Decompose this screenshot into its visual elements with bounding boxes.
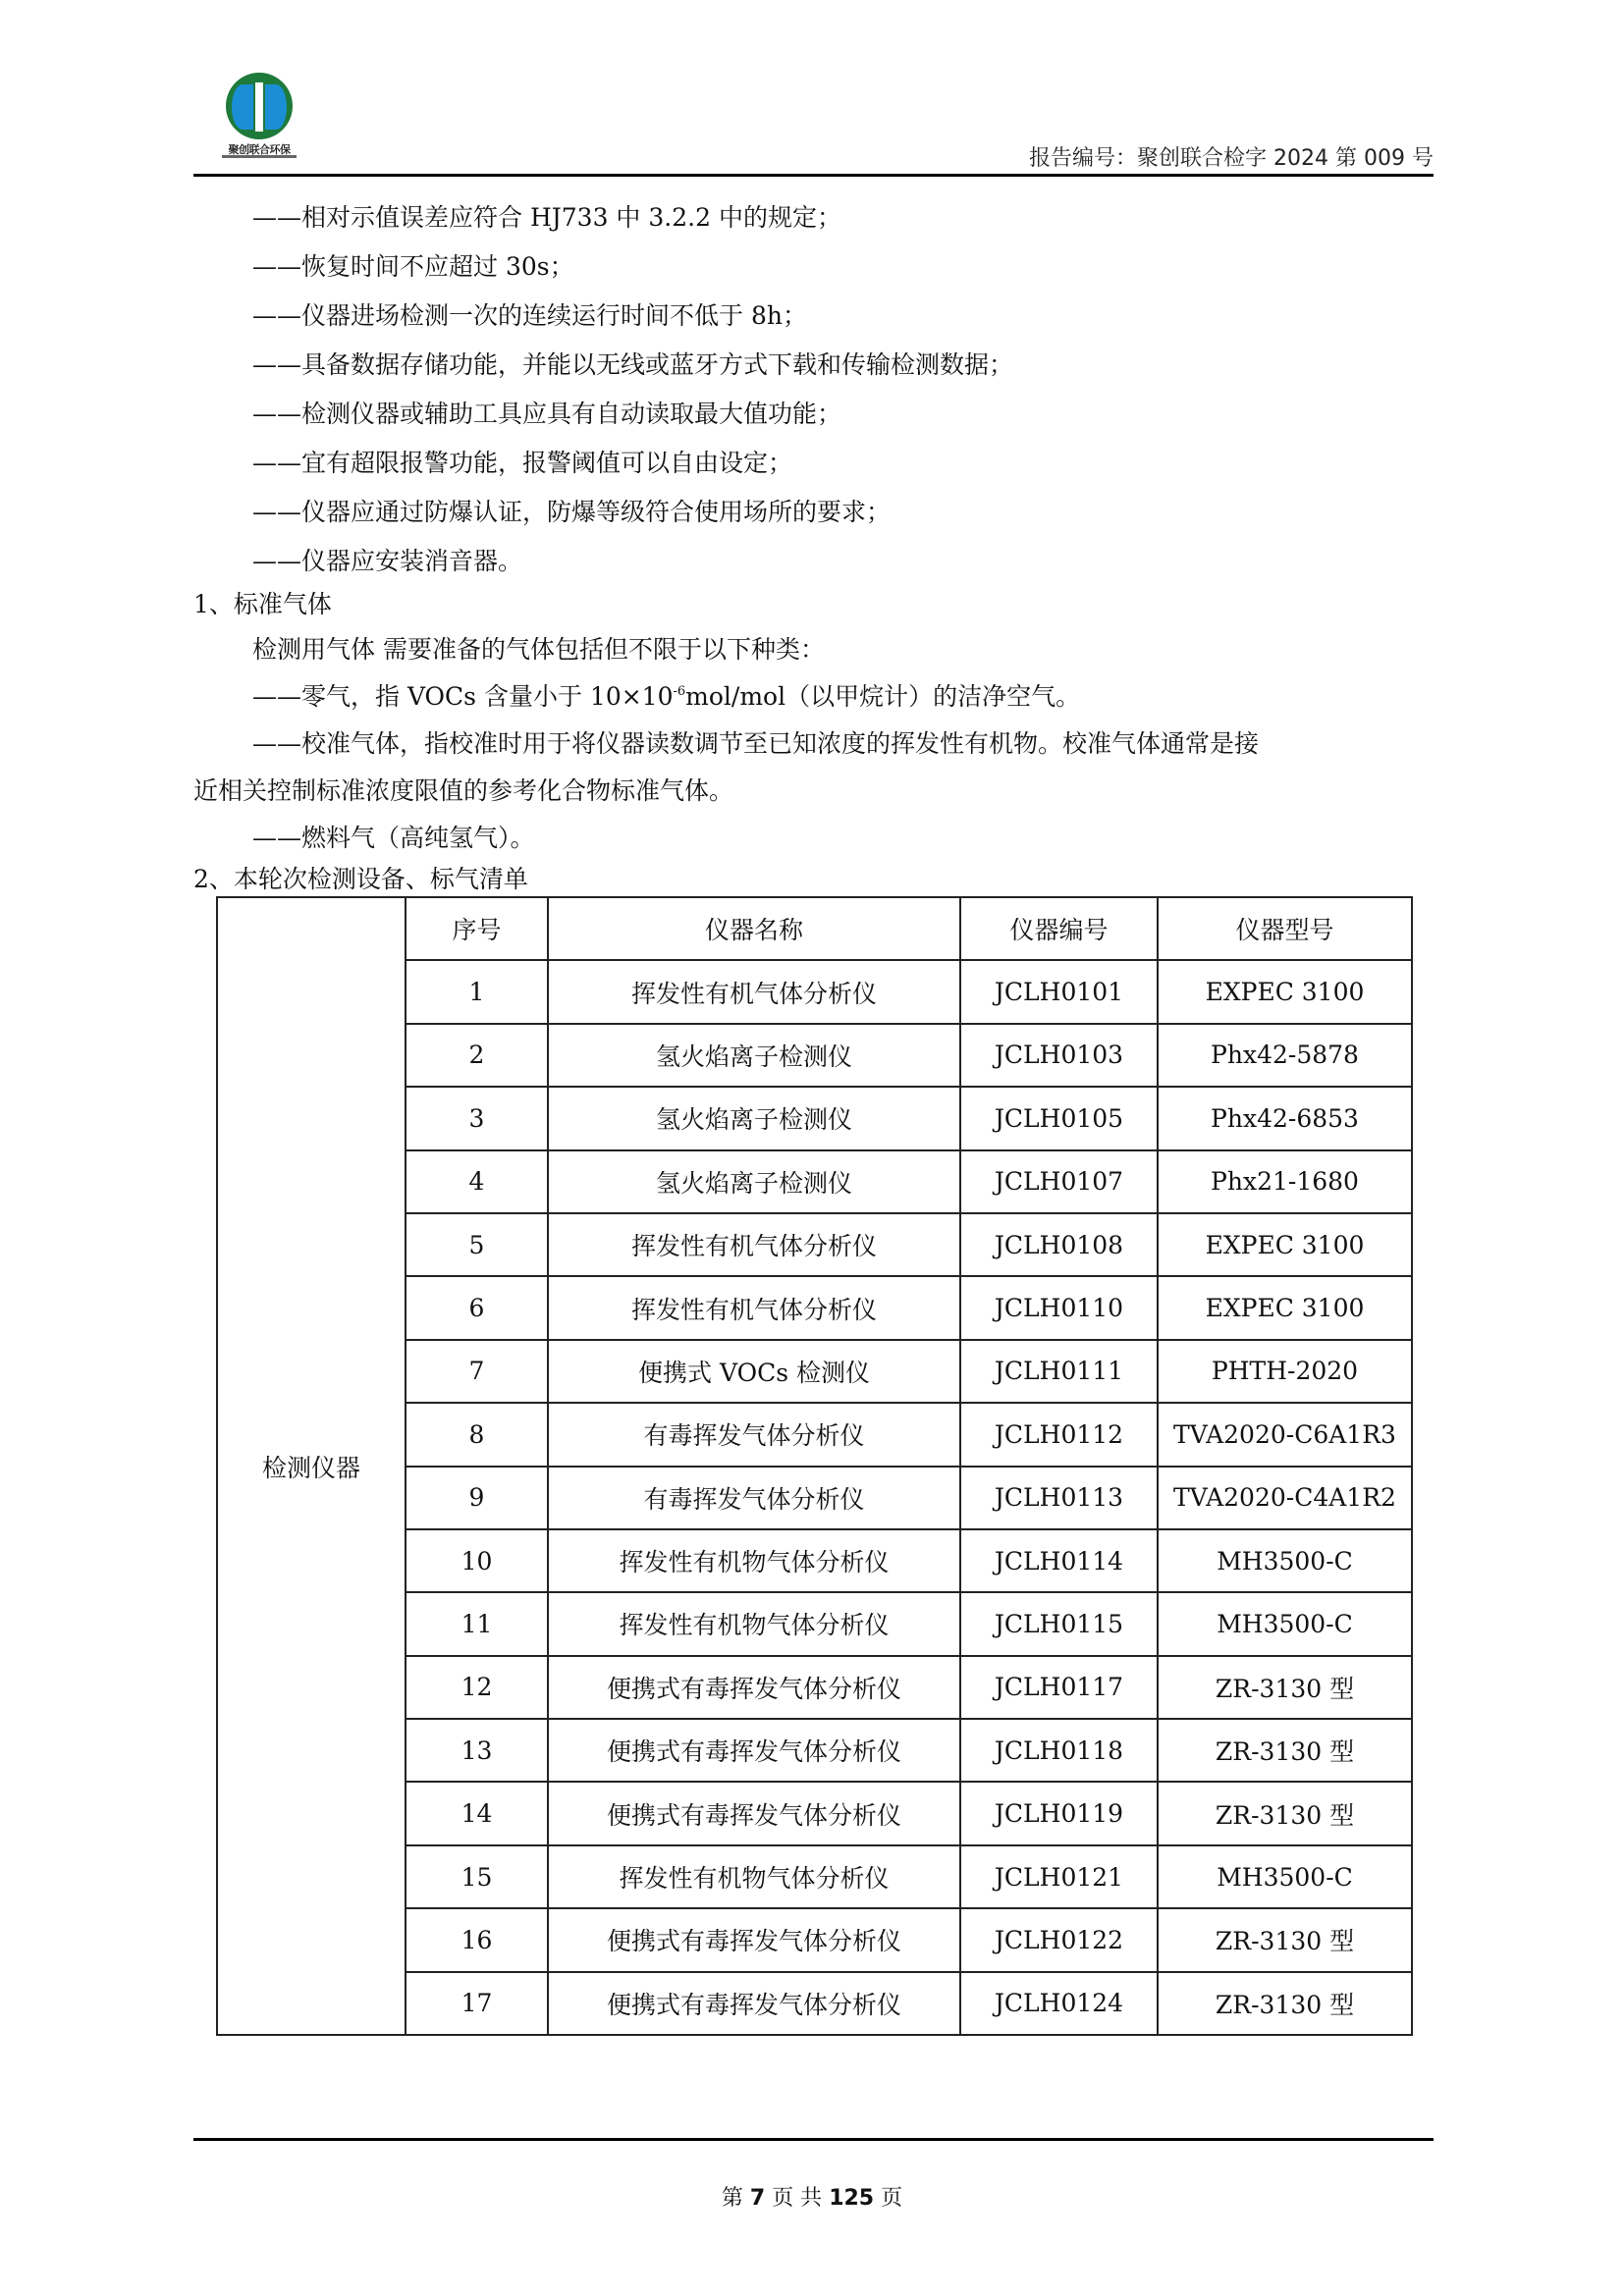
table-cell: 7 — [406, 1340, 548, 1403]
table-cell: JCLH0107 — [960, 1150, 1158, 1213]
table-cell: 便携式有毒挥发气体分析仪 — [548, 1972, 960, 2035]
column-header: 仪器型号 — [1158, 897, 1412, 960]
table-cell: JCLH0121 — [960, 1845, 1158, 1908]
table-cell: MH3500-C — [1158, 1845, 1412, 1908]
requirement-item: ——仪器进场检测一次的连续运行时间不低于 8h； — [252, 300, 807, 332]
zero-gas-item: ——零气，指 VOCs 含量小于 10×10-6mol/mol（以甲烷计）的洁净… — [252, 681, 1080, 713]
table-cell: EXPEC 3100 — [1158, 1213, 1412, 1276]
logo-subcaption — [222, 155, 297, 158]
table-cell: 挥发性有机物气体分析仪 — [548, 1845, 960, 1908]
table-cell: 氢火焰离子检测仪 — [548, 1150, 960, 1213]
table-cell: JCLH0103 — [960, 1024, 1158, 1087]
table-cell: ZR-3130 型 — [1158, 1972, 1412, 2035]
table-cell: 11 — [406, 1592, 548, 1655]
table-cell: JCLH0117 — [960, 1656, 1158, 1719]
requirement-item: ——具备数据存储功能，并能以无线或蓝牙方式下载和传输检测数据； — [252, 349, 1013, 381]
table-cell: EXPEC 3100 — [1158, 1276, 1412, 1339]
table-cell: 3 — [406, 1087, 548, 1149]
table-cell: 15 — [406, 1845, 548, 1908]
table-cell: 5 — [406, 1213, 548, 1276]
table-cell: Phx42-5878 — [1158, 1024, 1412, 1087]
table-cell: JCLH0108 — [960, 1213, 1158, 1276]
table-cell: JCLH0110 — [960, 1276, 1158, 1339]
table-cell: JCLH0119 — [960, 1782, 1158, 1844]
table-cell: 2 — [406, 1024, 548, 1087]
table-cell: 挥发性有机物气体分析仪 — [548, 1529, 960, 1592]
column-header: 序号 — [406, 897, 548, 960]
logo-emblem-icon — [226, 73, 293, 139]
table-cell: PHTH-2020 — [1158, 1340, 1412, 1403]
table-cell: 1 — [406, 960, 548, 1023]
table-cell: JCLH0124 — [960, 1972, 1158, 2035]
company-logo: 聚创联合环保 — [222, 73, 297, 161]
table-cell: 便携式有毒挥发气体分析仪 — [548, 1656, 960, 1719]
table-cell: ZR-3130 型 — [1158, 1782, 1412, 1844]
table-cell: EXPEC 3100 — [1158, 960, 1412, 1023]
equipment-table: 检测仪器序号仪器名称仪器编号仪器型号1挥发性有机气体分析仪JCLH0101EXP… — [216, 896, 1413, 2036]
table-cell: 挥发性有机气体分析仪 — [548, 960, 960, 1023]
table-cell: 14 — [406, 1782, 548, 1844]
table-cell: Phx42-6853 — [1158, 1087, 1412, 1149]
table-cell: 有毒挥发气体分析仪 — [548, 1467, 960, 1529]
table-cell: JCLH0115 — [960, 1592, 1158, 1655]
requirement-item: ——相对示值误差应符合 HJ733 中 3.2.2 中的规定； — [252, 202, 841, 234]
table-cell: 便携式有毒挥发气体分析仪 — [548, 1782, 960, 1844]
category-cell: 检测仪器 — [217, 897, 406, 2035]
requirement-item: ——仪器应通过防爆认证，防爆等级符合使用场所的要求； — [252, 497, 891, 528]
table-cell: 4 — [406, 1150, 548, 1213]
header-divider — [193, 174, 1434, 177]
table-cell: 便携式有毒挥发气体分析仪 — [548, 1908, 960, 1971]
table-cell: MH3500-C — [1158, 1592, 1412, 1655]
fuel-gas-item: ——燃料气（高纯氢气）。 — [252, 823, 535, 854]
calibration-gas-item-cont: 近相关控制标准浓度限值的参考化合物标准气体。 — [193, 775, 733, 807]
table-cell: JCLH0113 — [960, 1467, 1158, 1529]
table-cell: 有毒挥发气体分析仪 — [548, 1403, 960, 1466]
table-cell: JCLH0118 — [960, 1719, 1158, 1782]
requirement-item: ——检测仪器或辅助工具应具有自动读取最大值功能； — [252, 399, 841, 430]
column-header: 仪器编号 — [960, 897, 1158, 960]
table-cell: JCLH0122 — [960, 1908, 1158, 1971]
footer-divider — [193, 2138, 1434, 2141]
table-cell: 氢火焰离子检测仪 — [548, 1087, 960, 1149]
table-header-row: 检测仪器序号仪器名称仪器编号仪器型号 — [217, 897, 1412, 960]
table-cell: 挥发性有机物气体分析仪 — [548, 1592, 960, 1655]
requirement-item: ——仪器应安装消音器。 — [252, 546, 522, 577]
section-heading-standard-gas: 1、标准气体 — [193, 589, 332, 620]
table-cell: MH3500-C — [1158, 1529, 1412, 1592]
table-cell: 13 — [406, 1719, 548, 1782]
table-cell: 挥发性有机气体分析仪 — [548, 1213, 960, 1276]
table-cell: 9 — [406, 1467, 548, 1529]
table-cell: 8 — [406, 1403, 548, 1466]
calibration-gas-item: ——校准气体，指校准时用于将仪器读数调节至已知浓度的挥发性有机物。校准气体通常是… — [252, 728, 1259, 760]
table-cell: 17 — [406, 1972, 548, 2035]
table-cell: ZR-3130 型 — [1158, 1908, 1412, 1971]
section-heading-equipment-list: 2、本轮次检测设备、标气清单 — [193, 864, 528, 895]
table-cell: 16 — [406, 1908, 548, 1971]
table-cell: 6 — [406, 1276, 548, 1339]
table-cell: JCLH0105 — [960, 1087, 1158, 1149]
table-cell: ZR-3130 型 — [1158, 1656, 1412, 1719]
table-cell: JCLH0101 — [960, 960, 1158, 1023]
table-cell: TVA2020-C6A1R3 — [1158, 1403, 1412, 1466]
page-number: 第 7 页 共 125 页 — [0, 2181, 1624, 2212]
table-cell: Phx21-1680 — [1158, 1150, 1412, 1213]
table-cell: 氢火焰离子检测仪 — [548, 1024, 960, 1087]
table-cell: JCLH0112 — [960, 1403, 1158, 1466]
table-cell: 便携式有毒挥发气体分析仪 — [548, 1719, 960, 1782]
table-cell: 便携式 VOCs 检测仪 — [548, 1340, 960, 1403]
table-cell: JCLH0114 — [960, 1529, 1158, 1592]
table-cell: 10 — [406, 1529, 548, 1592]
table-cell: 挥发性有机气体分析仪 — [548, 1276, 960, 1339]
column-header: 仪器名称 — [548, 897, 960, 960]
table-cell: TVA2020-C4A1R2 — [1158, 1467, 1412, 1529]
requirement-item: ——恢复时间不应超过 30s； — [252, 251, 574, 283]
report-number: 报告编号：聚创联合检字 2024 第 009 号 — [1029, 141, 1434, 172]
standard-gas-intro: 检测用气体 需要准备的气体包括但不限于以下种类： — [252, 634, 825, 666]
requirement-item: ——宜有超限报警功能，报警阈值可以自由设定； — [252, 448, 792, 479]
table-cell: JCLH0111 — [960, 1340, 1158, 1403]
table-cell: ZR-3130 型 — [1158, 1719, 1412, 1782]
table-cell: 12 — [406, 1656, 548, 1719]
